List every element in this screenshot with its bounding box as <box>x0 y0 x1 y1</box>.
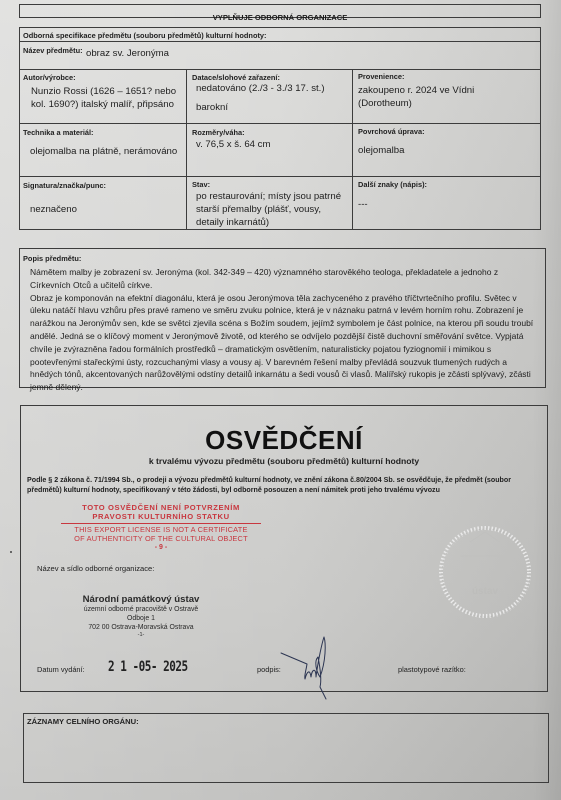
condition-value-line: starší přemalby (plášť, vousy, <box>196 203 341 216</box>
customs-records-label: ZÁZNAMY CELNÍHO ORGÁNU: <box>27 717 139 726</box>
authenticity-disclaimer-stamp: TOTO OSVĚDČENÍ NENÍ POTVRZENÍM PRAVOSTI … <box>61 503 261 552</box>
punch-mark <box>10 551 12 553</box>
certificate-subtitle: k trvalému vývozu předmětu (souboru před… <box>21 456 547 466</box>
stamp-line: OF AUTHENTICITY OF THE CULTURAL OBJECT <box>61 534 261 543</box>
condition-value: po restaurování; místy jsou patrné starš… <box>196 190 341 229</box>
description-paragraph: Námětem malby je zobrazení sv. Jeronýma … <box>30 266 535 292</box>
stamp-line: PRAVOSTI KULTURNÍHO STATKU <box>61 512 261 521</box>
dating-value: nedatováno (2./3 - 3./3 17. st.) <box>196 82 325 95</box>
stamp-line: THIS EXPORT LICENSE IS NOT A CERTIFICATE <box>61 525 261 534</box>
provenance-value: zakoupeno r. 2024 ve Vídni (Dorotheum) <box>358 84 474 110</box>
issue-date-label: Datum vydání: <box>37 665 85 674</box>
author-value-line: kol. 1690?) italský malíř, připsáno <box>31 98 176 111</box>
condition-value-line: detaily inkarnátů) <box>196 216 341 229</box>
row-divider <box>20 123 540 124</box>
author-value-line: Nunzio Rossi (1626 – 1651? nebo <box>31 85 176 98</box>
provenance-value-line: (Dorotheum) <box>358 97 474 110</box>
org-number: -1- <box>61 632 221 639</box>
other-marks-label: Další znaky (nápis): <box>358 180 427 189</box>
other-marks-value: --- <box>358 198 368 211</box>
author-label: Autor/výrobce: <box>23 73 76 82</box>
stamp-line: TOTO OSVĚDČENÍ NENÍ POTVRZENÍM <box>61 503 261 512</box>
surface-value: olejomalba <box>358 144 404 157</box>
handwritten-signature-icon <box>276 631 346 701</box>
org-unit: územní odborné pracoviště v Ostravě <box>61 605 221 614</box>
stamp-rule <box>61 523 261 524</box>
signature-value: neznačeno <box>30 203 77 216</box>
description-paragraph: Obraz je komponován na efektní diagonálu… <box>30 292 535 394</box>
name-label: Název předmětu: <box>23 46 83 55</box>
header-banner: VYPLŇUJE ODBORNÁ ORGANIZACE <box>19 4 541 18</box>
specification-table: Odborná specifikace předmětu (souboru př… <box>19 27 541 230</box>
description-label: Popis předmětu: <box>23 254 81 263</box>
header-title: VYPLŇUJE ODBORNÁ ORGANIZACE <box>213 13 348 22</box>
row-divider <box>20 176 540 177</box>
description-box: Popis předmětu: Námětem malby je zobraze… <box>19 248 546 388</box>
description-text: Námětem malby je zobrazení sv. Jeronýma … <box>30 266 535 394</box>
org-city: 702 00 Ostrava-Moravská Ostrava <box>61 623 221 632</box>
signature-label: Signatura/značka/punc: <box>23 181 106 190</box>
dimensions-label: Rozměry/váha: <box>192 128 245 137</box>
issue-date-value: 2 1 -05- 2025 <box>108 658 188 674</box>
provenance-value-line: zakoupeno r. 2024 ve Vídni <box>358 84 474 97</box>
org-street: Odboje 1 <box>61 614 221 623</box>
row-divider <box>20 69 540 70</box>
condition-label: Stav: <box>192 180 210 189</box>
surface-label: Povrchová úprava: <box>358 127 425 136</box>
dating-label: Datace/slohové zařazení: <box>192 73 280 82</box>
name-value: obraz sv. Jeronýma <box>86 47 169 60</box>
org-name: Národní památkový ústav <box>61 594 221 605</box>
embossed-seal-icon: ústav <box>430 512 540 627</box>
certificate-title: OSVĚDČENÍ <box>21 425 547 456</box>
organization-stamp: Národní památkový ústav územní odborné p… <box>61 594 221 639</box>
spec-section-title: Odborná specifikace předmětu (souboru př… <box>23 31 267 40</box>
technique-label: Technika a materiál: <box>23 128 94 137</box>
stamp-number: - 9 - <box>61 543 261 552</box>
column-divider <box>186 69 187 230</box>
row-divider <box>20 41 540 42</box>
column-divider <box>352 69 353 230</box>
provenance-label: Provenience: <box>358 72 404 81</box>
dimensions-value: v. 76,5 x š. 64 cm <box>196 138 270 151</box>
svg-text:ústav: ústav <box>472 586 499 597</box>
style-value: barokní <box>196 101 228 114</box>
seal-field-label: plastotypové razítko: <box>398 665 466 674</box>
organization-label: Název a sídlo odborné organizace: <box>37 564 154 573</box>
legal-statement: Podle § 2 zákona č. 71/1994 Sb., o prode… <box>27 475 543 495</box>
customs-records-box: ZÁZNAMY CELNÍHO ORGÁNU: <box>23 713 549 783</box>
technique-value: olejomalba na plátně, nerámováno <box>30 145 177 158</box>
condition-value-line: po restaurování; místy jsou patrné <box>196 190 341 203</box>
author-value: Nunzio Rossi (1626 – 1651? nebo kol. 169… <box>31 85 176 111</box>
